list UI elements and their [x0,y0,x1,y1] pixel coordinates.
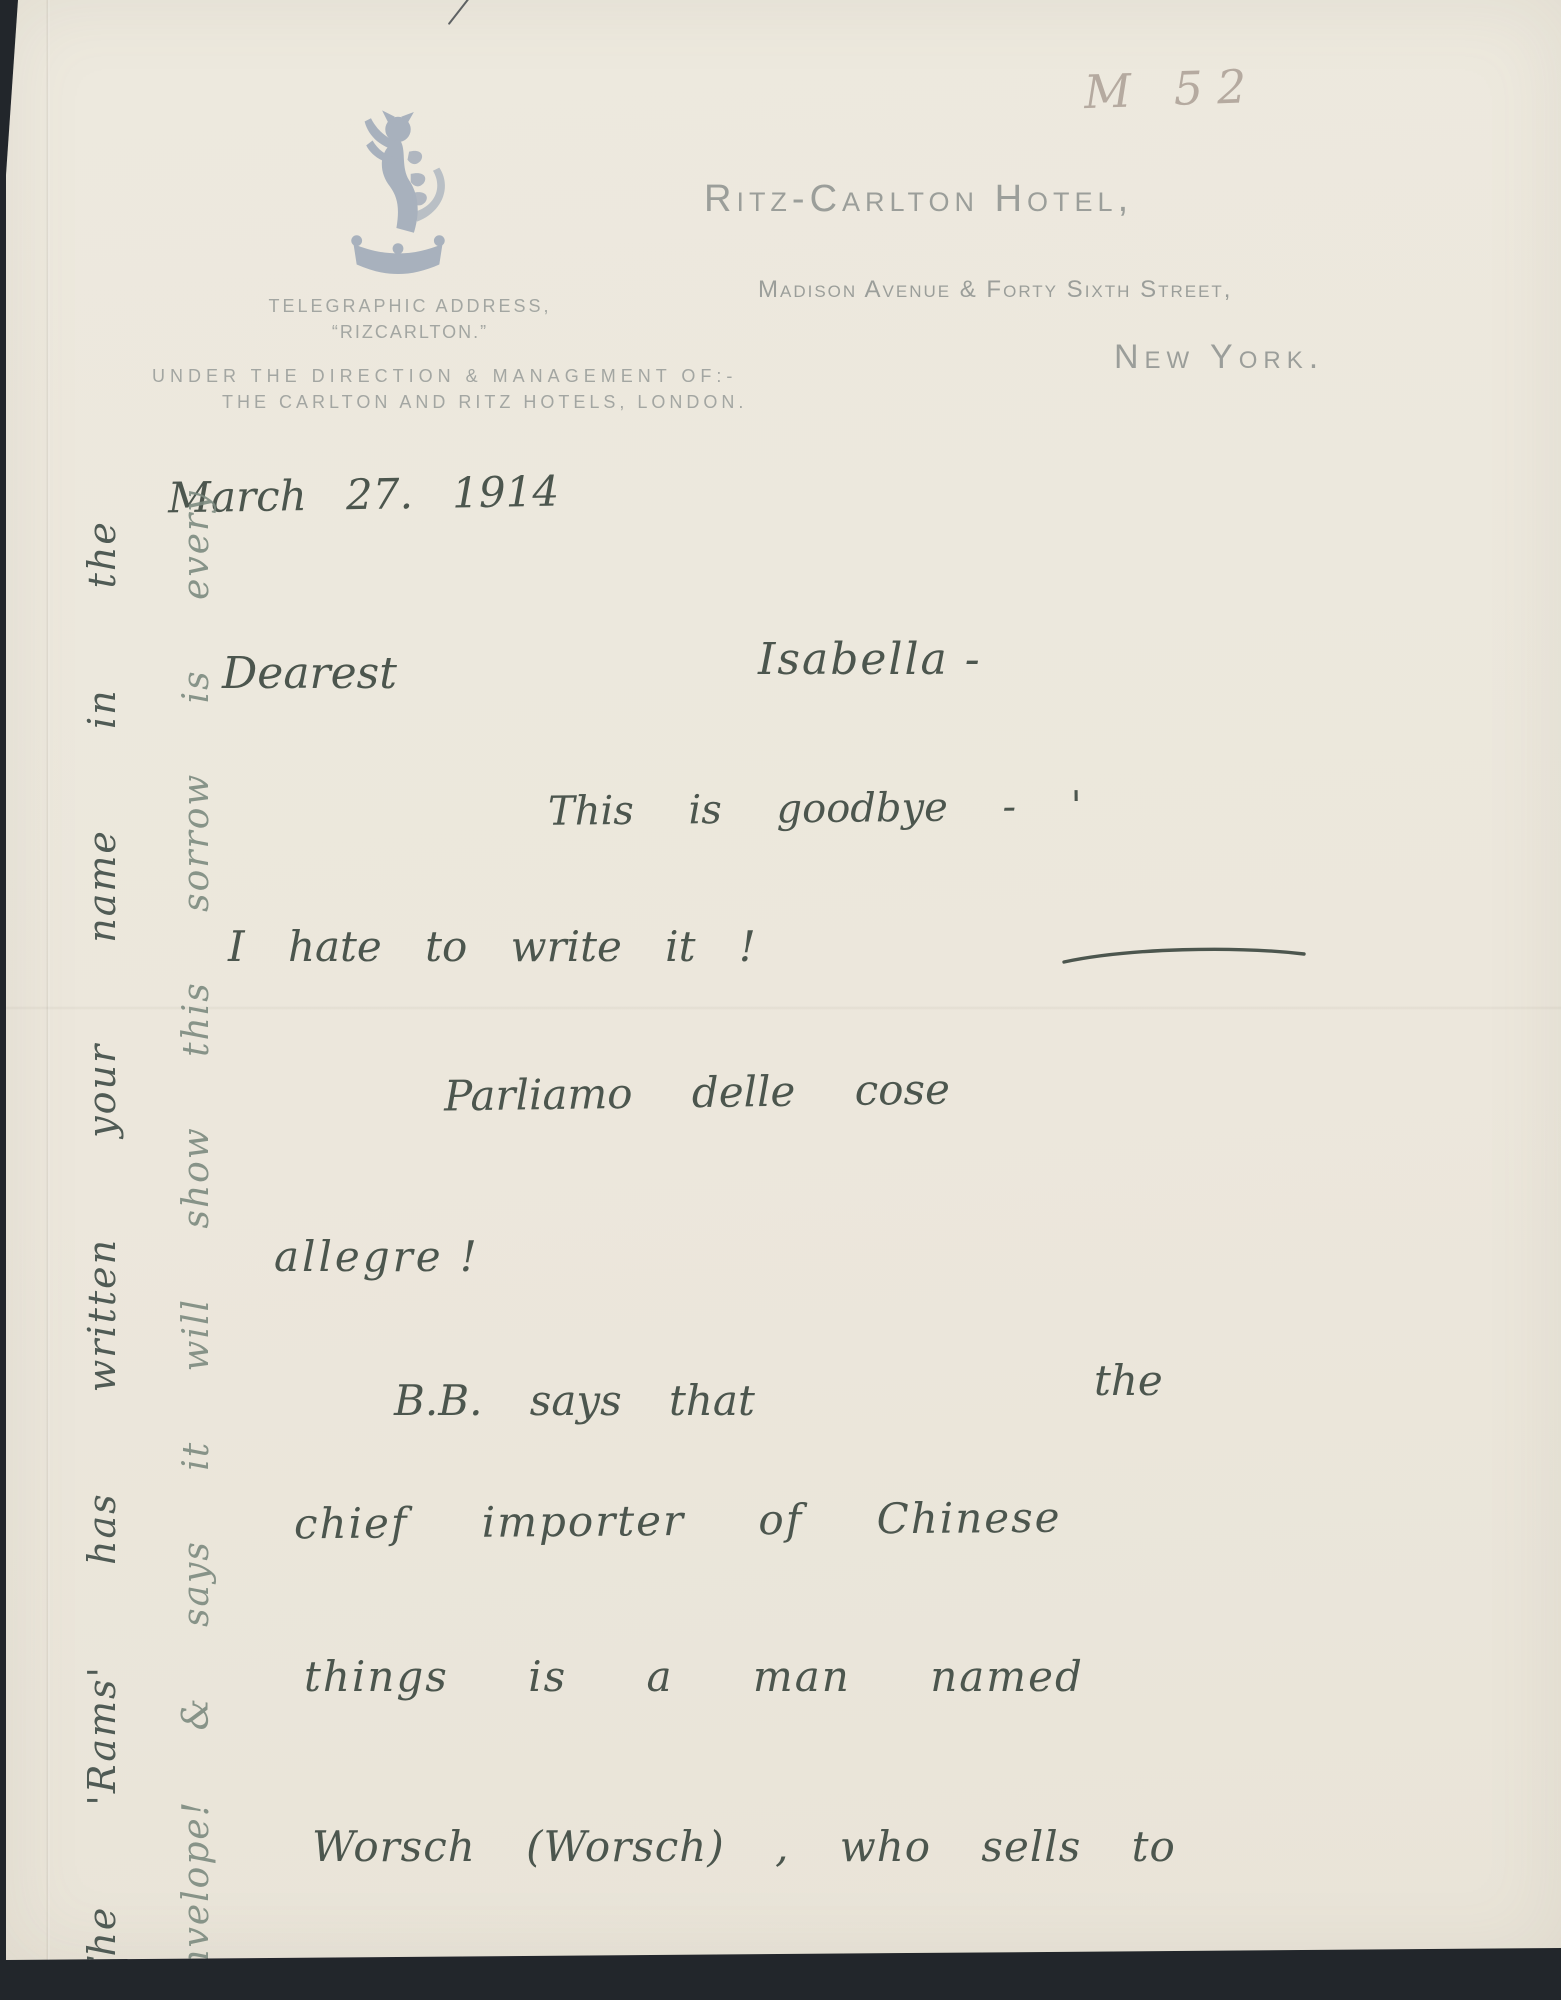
dust-thread [448,0,471,25]
hotel-name: Ritz-Carlton Hotel, [704,178,1133,221]
salutation-name: Isabella - [758,634,982,685]
pencil-archive-mark: M 52 [1083,59,1261,119]
margin-note-line-2: envelope! & says it will show this sorro… [176,489,217,1996]
hotel-crest-lion-icon [318,104,478,282]
management-line-2: THE CARLTON AND RITZ HOTELS, LONDON. [222,392,747,413]
management-line-1: UNDER THE DIRECTION & MANAGEMENT OF:- [152,366,737,387]
body-line-goodbye: This is goodbye - ' [548,783,1082,835]
hotel-street-address: Madison Avenue & Forty Sixth Street, [758,276,1232,304]
body-line-worsch: Worsch (Worsch) , who sells to [312,1822,1176,1871]
body-line-bb-says: B.B. says that [394,1376,755,1425]
body-line-parliamo: Parliamo delle cose [444,1064,951,1120]
margin-note-line-1: The 'Rams' has written your name in the [80,520,124,1984]
body-line-hate-to-write: I hate to write it ! [228,922,756,971]
body-line-allegre: allegre ! [274,1232,480,1281]
letter-page: TELEGRAPHIC ADDRESS, “RIZCARLTON.” UNDER… [6,0,1561,1962]
hotel-city: New York. [1114,338,1324,377]
telegraphic-address-value: “RIZCARLTON.” [260,322,560,343]
handwritten-date: March 27. 1914 [168,467,560,523]
handwritten-long-dash [1060,942,1310,972]
body-line-bb-says-the: the [1094,1356,1163,1405]
telegraphic-address-label: TELEGRAPHIC ADDRESS, [260,296,560,317]
vertical-fold-crease [46,0,50,1960]
salutation: Dearest [222,648,397,699]
body-line-chief-importer: chief importer of Chinese [294,1493,1062,1549]
horizontal-fold-crease [6,1006,1561,1010]
body-line-things-man-named: things is a man named [304,1652,1084,1701]
